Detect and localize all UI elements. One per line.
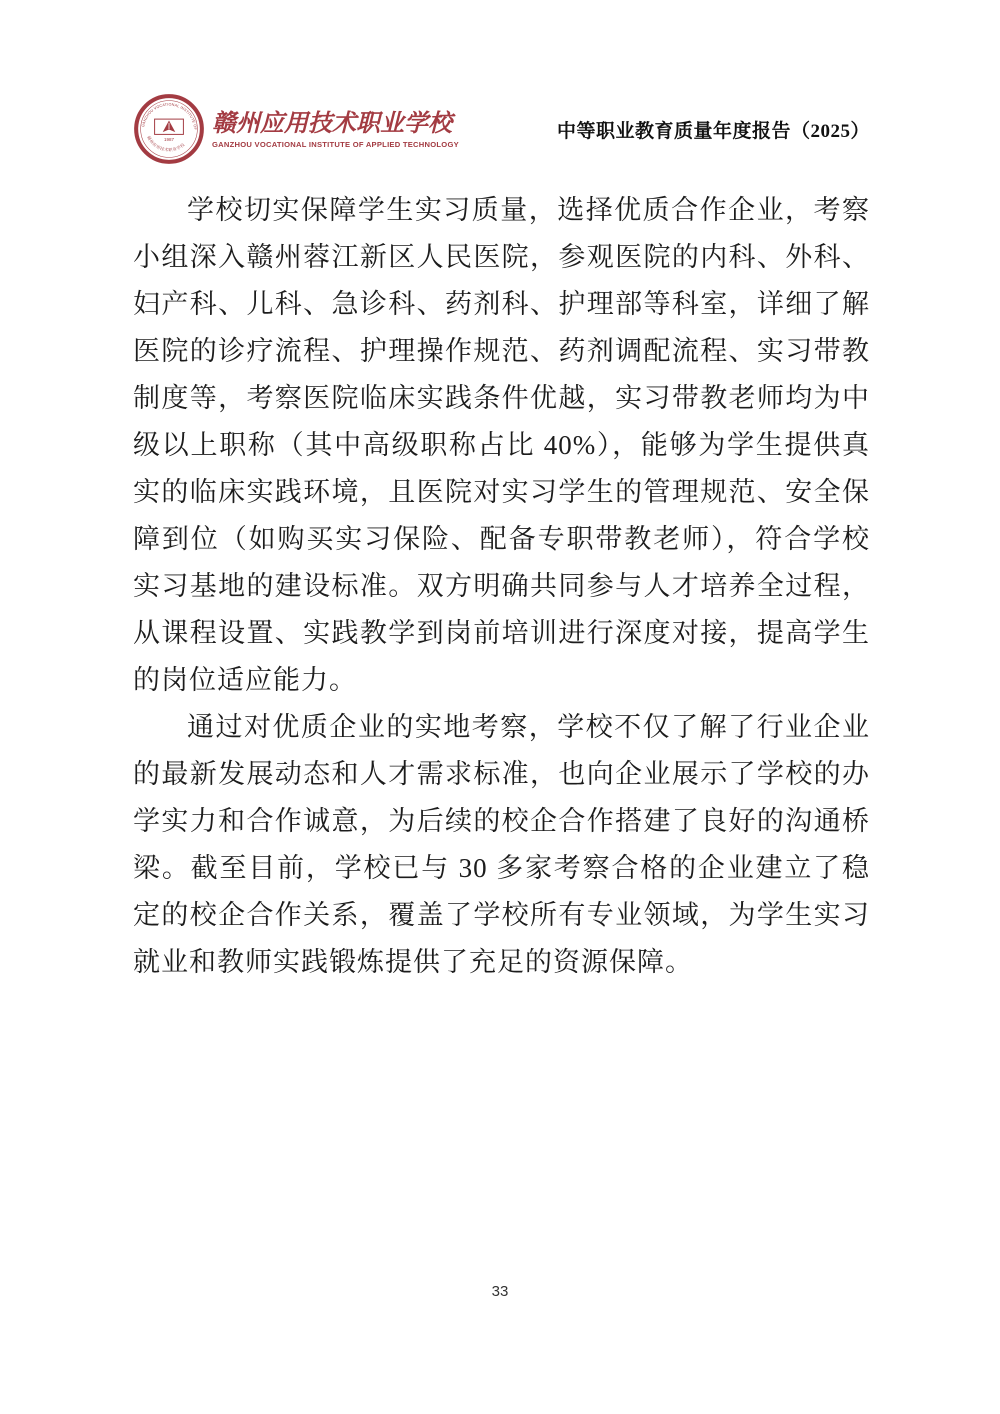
logo-text-block: 赣州应用技术职业学校 GANZHOU VOCATIONAL INSTITUTE …: [212, 109, 459, 150]
document-body: 学校切实保障学生实习质量，选择优质合作企业，考察小组深入赣州蓉江新区人民医院，参…: [133, 187, 870, 986]
school-name-english: GANZHOU VOCATIONAL INSTITUTE OF APPLIED …: [212, 139, 459, 150]
document-page: GANZHOU VOCATIONAL INSTITUTE OF APPLIED …: [0, 0, 1000, 1414]
school-seal-icon: GANZHOU VOCATIONAL INSTITUTE OF APPLIED …: [133, 93, 205, 165]
school-logo: GANZHOU VOCATIONAL INSTITUTE OF APPLIED …: [133, 93, 459, 165]
body-paragraph-2: 通过对优质企业的实地考察，学校不仅了解了行业企业的最新发展动态和人才需求标准，也…: [133, 704, 870, 986]
page-footer: 33: [0, 1283, 1000, 1301]
body-paragraph-1: 学校切实保障学生实习质量，选择优质合作企业，考察小组深入赣州蓉江新区人民医院，参…: [133, 187, 870, 704]
seal-year: 1987: [164, 137, 175, 142]
page-header: GANZHOU VOCATIONAL INSTITUTE OF APPLIED …: [133, 93, 870, 165]
page-number: 33: [492, 1283, 509, 1300]
report-title: 中等职业教育质量年度报告（2025）: [557, 116, 870, 143]
school-name-chinese: 赣州应用技术职业学校: [212, 109, 459, 139]
